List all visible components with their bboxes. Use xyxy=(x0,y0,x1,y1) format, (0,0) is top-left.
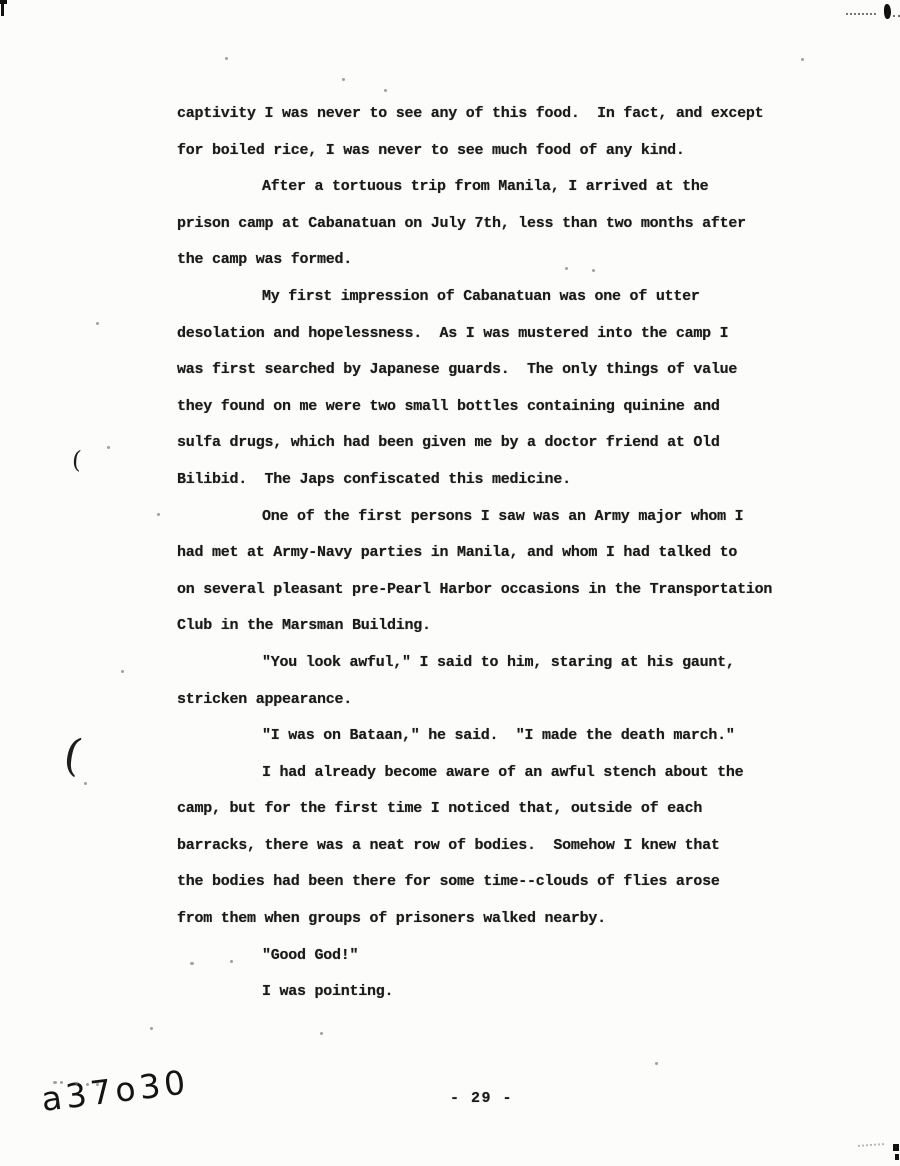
text-line: captivity I was never to see any of this… xyxy=(177,96,837,133)
text-line: I was pointing. xyxy=(177,974,837,1011)
text-line: on several pleasant pre-Pearl Harbor occ… xyxy=(177,572,837,609)
ink-speck xyxy=(75,1082,78,1085)
ink-speck xyxy=(384,89,387,92)
text-line: had met at Army-Navy parties in Manila, … xyxy=(177,535,837,572)
ink-blot-bottom-right xyxy=(893,1144,899,1151)
margin-paren-mark-lower: ( xyxy=(60,733,85,779)
ink-speck xyxy=(86,1083,89,1086)
text-line: was first searched by Japanese guards. T… xyxy=(177,352,837,389)
ink-speck xyxy=(60,1081,63,1084)
ink-speck xyxy=(801,58,804,61)
text-line: the camp was formed. xyxy=(177,242,837,279)
ink-speck xyxy=(225,57,228,60)
text-line: I had already become aware of an awful s… xyxy=(177,755,837,792)
text-line: "You look awful," I said to him, staring… xyxy=(177,645,837,682)
text-line: After a tortuous trip from Manila, I arr… xyxy=(177,169,837,206)
text-line: they found on me were two small bottles … xyxy=(177,389,837,426)
ink-speck xyxy=(96,1083,99,1086)
smudge-bottom-right xyxy=(858,1143,884,1147)
text-line: prison camp at Cabanatuan on July 7th, l… xyxy=(177,206,837,243)
text-line: sulfa drugs, which had been given me by … xyxy=(177,425,837,462)
ink-blot-top-left-2 xyxy=(1,4,4,16)
text-line: One of the first persons I saw was an Ar… xyxy=(177,499,837,536)
text-line: stricken appearance. xyxy=(177,682,837,719)
ink-speck xyxy=(121,670,124,673)
text-line: for boiled rice, I was never to see much… xyxy=(177,133,837,170)
ink-speck xyxy=(592,269,595,272)
ink-speck xyxy=(190,962,194,965)
ink-speck xyxy=(655,1062,658,1065)
smudge-top-right-dashes xyxy=(846,13,876,15)
document-page: captivity I was never to see any of this… xyxy=(0,0,900,1166)
text-line: the bodies had been there for some time-… xyxy=(177,864,837,901)
ink-speck xyxy=(157,513,160,516)
text-line: barracks, there was a neat row of bodies… xyxy=(177,828,837,865)
ink-speck xyxy=(230,960,233,963)
page-number: - 29 - xyxy=(450,1090,513,1107)
text-line: "Good God!" xyxy=(177,938,837,975)
typed-text-block: captivity I was never to see any of this… xyxy=(177,96,837,1011)
ink-speck xyxy=(565,267,568,270)
text-line: Club in the Marsman Building. xyxy=(177,608,837,645)
handwritten-catalog-number: a37o30 xyxy=(39,1062,191,1119)
smudge-top-right-dashes-2 xyxy=(893,15,900,17)
ink-blot-top-right xyxy=(884,4,891,19)
text-line: camp, but for the first time I noticed t… xyxy=(177,791,837,828)
ink-speck xyxy=(53,1081,57,1084)
text-line: My first impression of Cabanatuan was on… xyxy=(177,279,837,316)
text-line: desolation and hopelessness. As I was mu… xyxy=(177,316,837,353)
ink-speck xyxy=(320,1032,323,1035)
ink-speck xyxy=(150,1027,153,1030)
text-line: "I was on Bataan," he said. "I made the … xyxy=(177,718,837,755)
margin-paren-mark-upper: ( xyxy=(71,448,82,473)
ink-blot-bottom-right-2 xyxy=(895,1154,899,1160)
ink-speck xyxy=(342,78,345,81)
text-line: Bilibid. The Japs confiscated this medic… xyxy=(177,462,837,499)
text-line: from them when groups of prisoners walke… xyxy=(177,901,837,938)
ink-speck xyxy=(84,782,87,785)
ink-speck xyxy=(96,322,99,325)
ink-speck xyxy=(107,446,110,449)
